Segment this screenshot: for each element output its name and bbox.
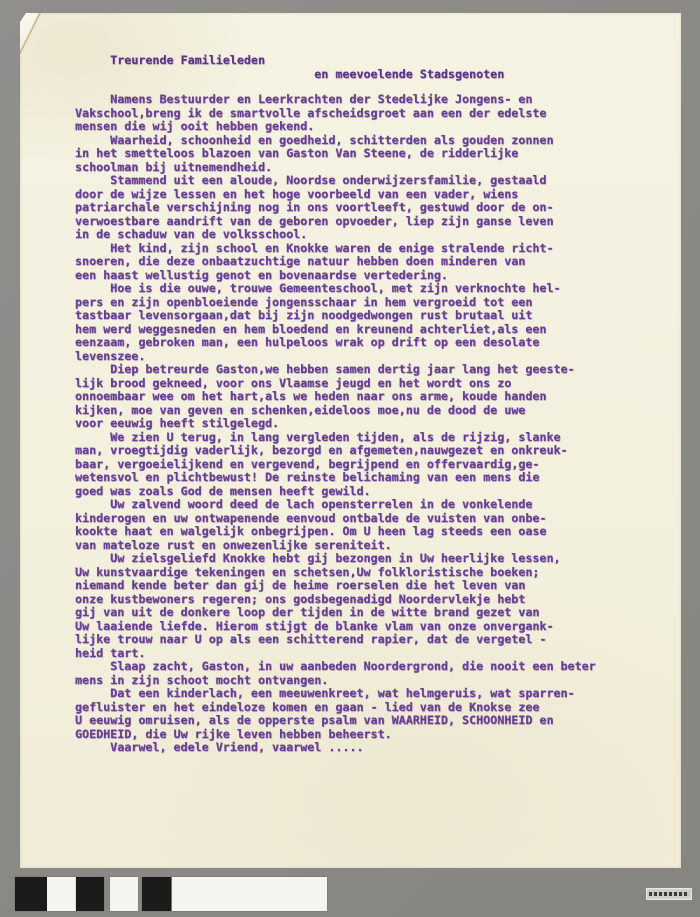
reference-label — [646, 888, 692, 900]
text-line: onze kustbewoners regeren; ons godsbegen… — [75, 593, 671, 607]
paragraph: Het kind, zijn school en Knokke waren de… — [75, 242, 671, 283]
text-line: Uw kunstvaardige tekeningen en schetsen,… — [75, 566, 671, 580]
text-line: verwoestbare aandrift van de geboren opv… — [75, 215, 671, 229]
text-line: gefluister en het eindeloze komen en gaa… — [75, 701, 671, 715]
paragraph: Namens Bestuurder en Leerkrachten der St… — [75, 93, 671, 134]
text-line: lijk brood gekneed, voor ons Vlaamse jeu… — [75, 377, 671, 391]
text-line: We zien U terug, in lang vergleden tijde… — [75, 431, 671, 445]
text-line: Dat een kinderlach, een meeuwenkreet, wa… — [75, 687, 671, 701]
text-line: in de schaduw van de volksschool. — [75, 228, 671, 242]
text-line: kijken, moe van geven en schenken,eidelo… — [75, 404, 671, 418]
text-line: Diep betreurde Gaston,we hebben samen de… — [75, 363, 671, 377]
heading-line-2: en meevoelende Stadsgenoten — [75, 68, 671, 82]
document-body: Namens Bestuurder en Leerkrachten der St… — [75, 93, 671, 755]
text-line: voor eeuwig heeft stilgelegd. — [75, 417, 671, 431]
text-line: Uw laaiende liefde. Hierom stijgt de bla… — [75, 620, 671, 634]
text-line: door de wijze lessen en het hoge voorbee… — [75, 188, 671, 202]
text-line: pers en zijn openbloeiende jongensschaar… — [75, 296, 671, 310]
scanned-document-background: Treurende Familieleden en meevoelende St… — [0, 0, 700, 917]
reference-label-marks — [649, 892, 689, 896]
paragraph: Dat een kinderlach, een meeuwenkreet, wa… — [75, 687, 671, 741]
text-line: heid tart. — [75, 647, 671, 661]
text-line: Uw zalvend woord deed de lach opensterre… — [75, 498, 671, 512]
text-line: een haast wellustig genot en bovenaardse… — [75, 269, 671, 283]
heading-line-1: Treurende Familieleden — [75, 54, 671, 68]
text-line: schoolman bij uitnemendheid. — [75, 161, 671, 175]
text-line: baar, vergoeielijkend en vergevend, begr… — [75, 458, 671, 472]
text-line: hem werd weggesneden en hem bloedend en … — [75, 323, 671, 337]
black-patch — [76, 877, 104, 911]
text-line: niemand kende beter dan gij de heime roe… — [75, 579, 671, 593]
text-line: Uw zielsgeliefd Knokke hebt gij bezongen… — [75, 552, 671, 566]
text-line: Het kind, zijn school en Knokke waren de… — [75, 242, 671, 256]
text-line: patriarchale verschijning nog in ons voo… — [75, 201, 671, 215]
black-patch — [15, 877, 47, 911]
text-line: wetensvol en plichtbewust! De reinste be… — [75, 471, 671, 485]
text-line: man, vroegtijdig vaderlijk, bezorgd en a… — [75, 444, 671, 458]
paragraph: Diep betreurde Gaston,we hebben samen de… — [75, 363, 671, 431]
text-line: GOEDHEID, die Uw rijke leven hebben behe… — [75, 728, 671, 742]
paragraph: We zien U terug, in lang vergleden tijde… — [75, 431, 671, 499]
text-line: in het smetteloos blazoen van Gaston Van… — [75, 147, 671, 161]
text-line: U eeuwig omruisen, als de opperste psalm… — [75, 714, 671, 728]
white-patch — [47, 877, 76, 911]
text-line: levenszee. — [75, 350, 671, 364]
typewritten-text: Treurende Familieleden en meevoelende St… — [75, 54, 671, 755]
white-patch-long — [172, 877, 327, 911]
text-line: kookte haat en walgelijk onbegrijpen. Om… — [75, 525, 671, 539]
paragraph: Stammend uit een aloude, Noordse onderwi… — [75, 174, 671, 242]
text-line: mensen die wij ooit hebben gekend. — [75, 120, 671, 134]
text-line: onnoembaar wee om het hart,als we heden … — [75, 390, 671, 404]
text-line: Stammend uit een aloude, Noordse onderwi… — [75, 174, 671, 188]
document-page: Treurende Familieleden en meevoelende St… — [20, 13, 681, 868]
text-line: gij van uit de donkere loop der tijden i… — [75, 606, 671, 620]
text-line: goed was zoals God de mensen heeft gewil… — [75, 485, 671, 499]
text-line: mens in zijn schoot mocht ontvangen. — [75, 674, 671, 688]
text-line: lijke trouw naar U op als een schitteren… — [75, 633, 671, 647]
white-patch — [110, 877, 138, 911]
black-patch — [142, 877, 171, 911]
text-line: van mateloze rust en onwezenlijke sereni… — [75, 539, 671, 553]
paragraph: Uw zalvend woord deed de lach opensterre… — [75, 498, 671, 552]
document-heading: Treurende Familieleden en meevoelende St… — [75, 54, 671, 81]
paragraph: Waarheid, schoonheid en goedheid, schitt… — [75, 134, 671, 175]
paragraph: Slaap zacht, Gaston, in uw aanbeden Noor… — [75, 660, 671, 687]
text-line: Slaap zacht, Gaston, in uw aanbeden Noor… — [75, 660, 671, 674]
text-line: snoeren, die deze onbaatzuchtige natuur … — [75, 255, 671, 269]
text-line: Waarheid, schoonheid en goedheid, schitt… — [75, 134, 671, 148]
text-line: tastbaar levensorgaan,dat bij zijn noodg… — [75, 309, 671, 323]
text-line: Vakschool,breng ik de smartvolle afschei… — [75, 107, 671, 121]
text-line: Hoe is die ouwe, trouwe Gemeenteschool, … — [75, 282, 671, 296]
text-line: kinderogen en uw ontwapenende eenvoud on… — [75, 512, 671, 526]
text-line: Vaarwel, edele Vriend, vaarwel ..... — [75, 741, 671, 755]
paragraph: Uw zielsgeliefd Knokke hebt gij bezongen… — [75, 552, 671, 660]
paragraph: Vaarwel, edele Vriend, vaarwel ..... — [75, 741, 671, 755]
text-line: Namens Bestuurder en Leerkrachten der St… — [75, 93, 671, 107]
text-line: eenzaam, gebroken man, een hulpeloos wra… — [75, 336, 671, 350]
paragraph: Hoe is die ouwe, trouwe Gemeenteschool, … — [75, 282, 671, 363]
